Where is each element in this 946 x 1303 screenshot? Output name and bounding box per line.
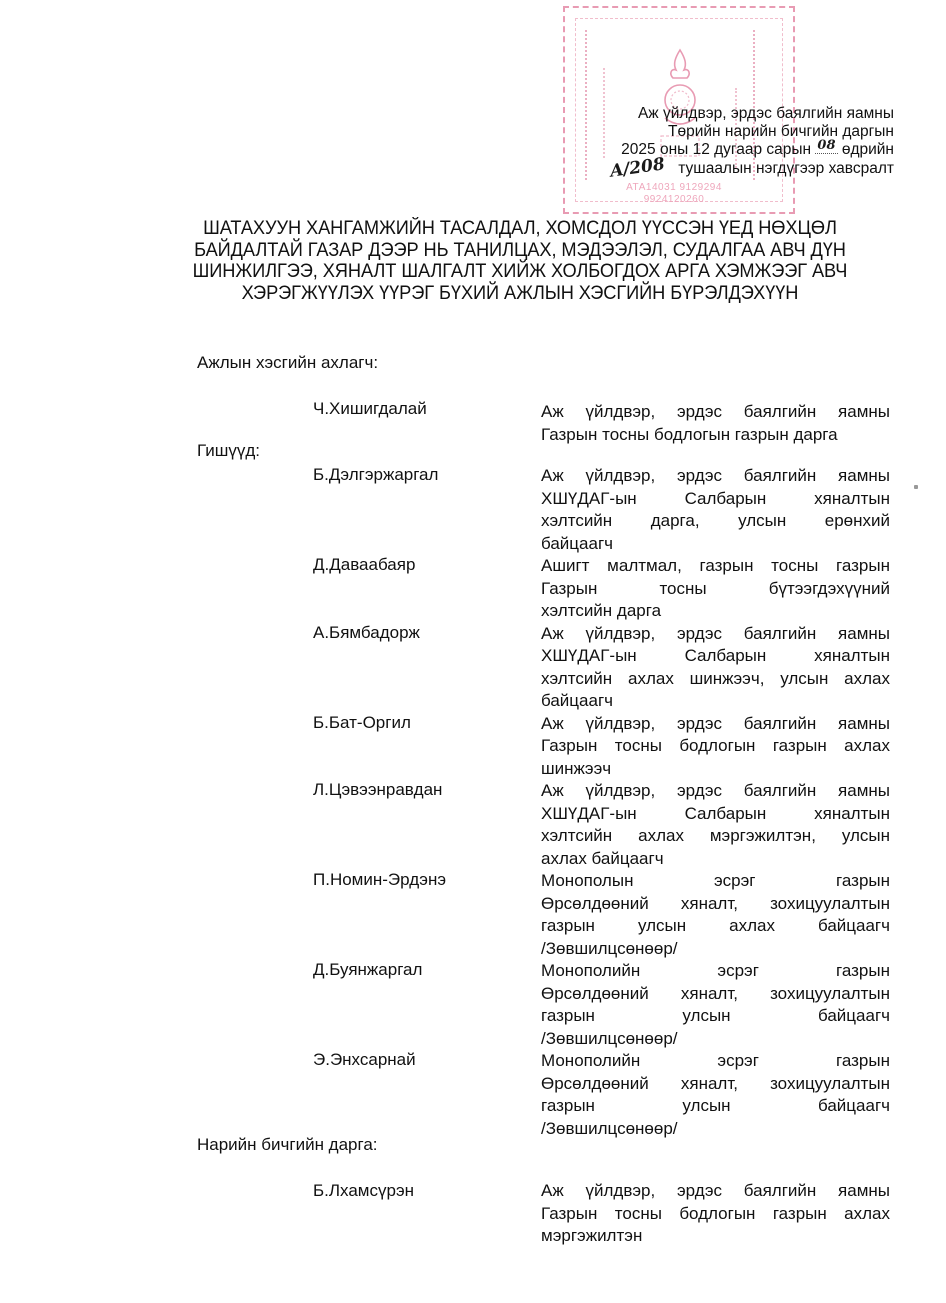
position-line: Газрын тосны бодлогын газрын дарга	[541, 424, 890, 447]
position-line: мэргэжилтэн	[541, 1225, 890, 1248]
annex-line-secretary: Төрийн нарийн бичгийн даргын	[618, 123, 894, 141]
secretary-position: Аж үйлдвэр, эрдэс баялгийн яамны Газрын …	[541, 1180, 890, 1248]
position-line: ХШҮДАГ-ын Салбарын хяналтын	[541, 488, 890, 511]
title-line: БАЙДАЛТАЙ ГАЗАР ДЭЭР НЬ ТАНИЛЦАХ, МЭДЭЭЛ…	[165, 240, 875, 262]
position-line: ахлах байцаагч	[541, 848, 890, 871]
position-line: Монополийн эсрэг газрын	[541, 1050, 890, 1073]
position-line: ХШҮДАГ-ын Салбарын хяналтын	[541, 803, 890, 826]
position-line: Аж үйлдвэр, эрдэс баялгийн яамны	[541, 1180, 890, 1203]
position-line: Газрын тосны бодлогын газрын ахлах	[541, 735, 890, 758]
position-line: Монополын эсрэг газрын	[541, 870, 890, 893]
position-line: газрын улсын байцаагч	[541, 1005, 890, 1028]
position-line: /Зөвшилцсөнөөр/	[541, 1118, 890, 1141]
member-position: Аж үйлдвэр, эрдэс баялгийн яамныХШҮДАГ-ы…	[541, 780, 890, 870]
position-line: Өрсөлдөөний хяналт, зохицуулалтын	[541, 893, 890, 916]
annex-date-suffix: өдрийн	[842, 141, 894, 158]
secretary-name: Б.Лхамсүрэн	[313, 1180, 414, 1203]
stamp-mongolian-script	[603, 68, 615, 158]
stamp-code-line: 9924120260	[555, 194, 793, 206]
position-line: шинжээч	[541, 758, 890, 781]
member-position: Монополын эсрэг газрынӨрсөлдөөний хяналт…	[541, 870, 890, 960]
leader-section-label: Ажлын хэсгийн ахлагч:	[197, 352, 378, 374]
title-line: ШАТАХУУН ХАНГАМЖИЙН ТАСАЛДАЛ, ХОМСДОЛ ҮҮ…	[165, 218, 875, 240]
handwritten-order-number: A/208	[609, 155, 666, 180]
position-line: хэлтсийн дарга, улсын ерөнхий	[541, 510, 890, 533]
members-section-label: Гишүүд:	[197, 440, 260, 462]
position-line: байцаагч	[541, 533, 890, 556]
position-line: хэлтсийн ахлах шинжээч, улсын ахлах	[541, 668, 890, 691]
annex-reference: Аж үйлдвэр, эрдэс баялгийн яамны Төрийн …	[618, 105, 894, 178]
member-name: Л.Цэвээнравдан	[313, 779, 442, 802]
leader-position: Аж үйлдвэр, эрдэс баялгийн яамны Газрын …	[541, 401, 890, 446]
position-line: Аж үйлдвэр, эрдэс баялгийн яамны	[541, 713, 890, 736]
position-line: Аж үйлдвэр, эрдэс баялгийн яамны	[541, 780, 890, 803]
position-line: Өрсөлдөөний хяналт, зохицуулалтын	[541, 1073, 890, 1096]
position-line: Газрын тосны бодлогын газрын ахлах	[541, 1203, 890, 1226]
handwritten-day: 08	[815, 138, 837, 154]
position-line: хэлтсийн дарга	[541, 600, 890, 623]
position-line: Аж үйлдвэр, эрдэс баялгийн яамны	[541, 465, 890, 488]
member-name: Б.Дэлгэржаргал	[313, 464, 438, 487]
position-line: газрын улсын ахлах байцаагч	[541, 915, 890, 938]
position-line: Газрын тосны бүтээгдэхүүний	[541, 578, 890, 601]
position-line: /Зөвшилцсөнөөр/	[541, 1028, 890, 1051]
member-position: Аж үйлдвэр, эрдэс баялгийн яамныХШҮДАГ-ы…	[541, 623, 890, 713]
position-line: Өрсөлдөөний хяналт, зохицуулалтын	[541, 983, 890, 1006]
member-position: Ашигт малтмал, газрын тосны газрынГазрын…	[541, 555, 890, 623]
member-name: А.Бямбадорж	[313, 622, 420, 645]
member-name: Б.Бат-Оргил	[313, 712, 411, 735]
position-line: ХШҮДАГ-ын Салбарын хяналтын	[541, 645, 890, 668]
position-line: Аж үйлдвэр, эрдэс баялгийн яамны	[541, 401, 890, 424]
member-position: Аж үйлдвэр, эрдэс баялгийн яамныХШҮДАГ-ы…	[541, 465, 890, 555]
position-line: байцаагч	[541, 690, 890, 713]
annex-order-text: тушаалын нэгдүгээр хавсралт	[678, 160, 894, 177]
stamp-mongolian-script	[585, 30, 601, 180]
member-position: Монополийн эсрэг газрынӨрсөлдөөний хянал…	[541, 960, 890, 1050]
member-position: Аж үйлдвэр, эрдэс баялгийн яамныГазрын т…	[541, 713, 890, 781]
annex-line-ministry: Аж үйлдвэр, эрдэс баялгийн яамны	[618, 105, 894, 123]
position-line: Монополийн эсрэг газрын	[541, 960, 890, 983]
leader-name: Ч.Хишигдалай	[313, 398, 427, 421]
stamp-code-line: АТА14031 9129294	[555, 182, 793, 194]
title-line: ШИНЖИЛГЭЭ, ХЯНАЛТ ШАЛГАЛТ ХИЙЖ ХОЛБОГДОХ…	[165, 261, 875, 283]
member-name: Э.Энхсарнай	[313, 1049, 416, 1072]
member-position: Монополийн эсрэг газрынӨрсөлдөөний хянал…	[541, 1050, 890, 1140]
position-line: /Зөвшилцсөнөөр/	[541, 938, 890, 961]
position-line: Ашигт малтмал, газрын тосны газрын	[541, 555, 890, 578]
annex-line-order: A/208 тушаалын нэгдүгээр хавсралт	[618, 160, 894, 178]
member-name: Д.Даваабаяр	[313, 554, 415, 577]
member-name: П.Номин-Эрдэнэ	[313, 869, 446, 892]
title-line: ХЭРЭГЖҮҮЛЭХ ҮҮРЭГ БҮХИЙ АЖЛЫН ХЭСГИЙН БҮ…	[165, 283, 875, 305]
position-line: газрын улсын байцаагч	[541, 1095, 890, 1118]
secretary-section-label: Нарийн бичгийн дарга:	[197, 1134, 378, 1156]
document-title: ШАТАХУУН ХАНГАМЖИЙН ТАСАЛДАЛ, ХОМСДОЛ ҮҮ…	[165, 218, 875, 304]
member-name: Д.Буянжаргал	[313, 959, 422, 982]
position-line: Аж үйлдвэр, эрдэс баялгийн яамны	[541, 623, 890, 646]
scan-speck	[914, 485, 918, 489]
position-line: хэлтсийн ахлах мэргэжилтэн, улсын	[541, 825, 890, 848]
